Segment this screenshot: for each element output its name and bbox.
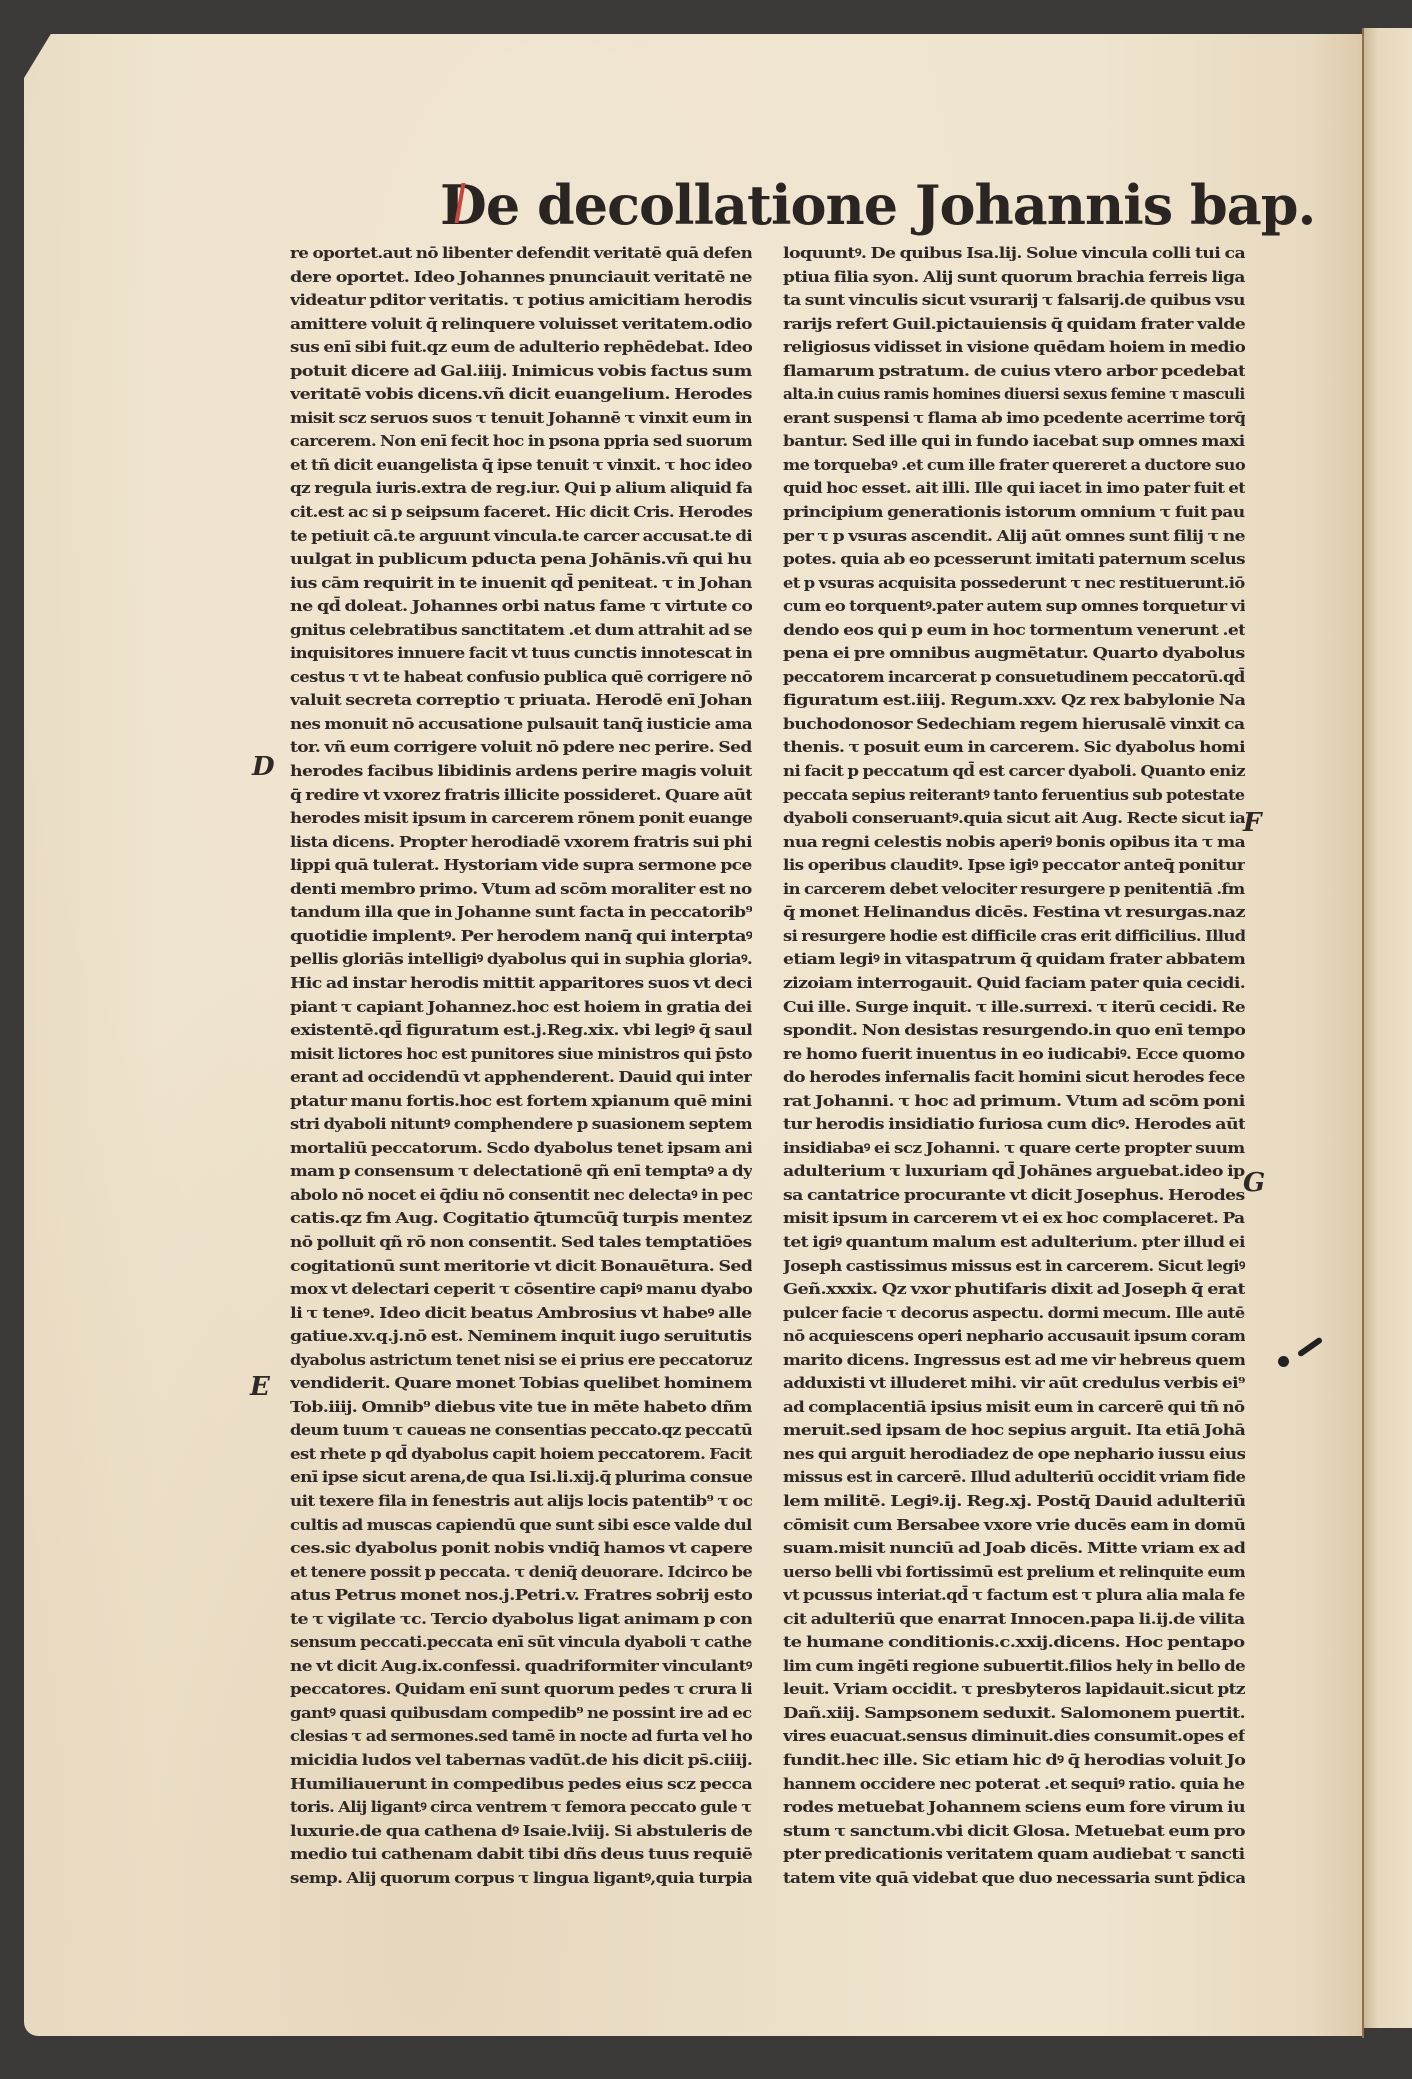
text-line: stri dyaboli nituntꝰ comphendere p suasi…	[290, 1113, 752, 1137]
text-line: uulgat in publicum pducta pena Johānis.v…	[290, 548, 752, 572]
text-line: et p vsuras acquisita possederunt τ nec …	[783, 572, 1245, 596]
text-line: clesias τ ad sermones.sed tamē in nocte …	[290, 1725, 752, 1749]
text-line: enī ipse sicut arena,de qua Isi.li.xij.q…	[290, 1466, 752, 1490]
book-page-recto-edge	[1364, 28, 1412, 2028]
text-line: ne qd̄ doleat. Johannes orbi natus fame …	[290, 595, 752, 619]
text-line: in carcerem debet velociter resurgere p …	[783, 878, 1245, 902]
text-line: ptiua filia syon. Alij sunt quorum brach…	[783, 266, 1245, 290]
marginal-section-letter-g: G	[1243, 1168, 1265, 1198]
marginal-section-letter-e: E	[250, 1372, 270, 1402]
text-line: li τ teneꝰ. Ideo dicit beatus Ambrosius …	[290, 1302, 752, 1326]
text-line: nua regni celestis nobis aperiꝰ bonis op…	[783, 831, 1245, 855]
text-line: toris. Alij ligantꝰ circa ventrem τ femo…	[290, 1796, 752, 1820]
text-line: Tob.iiij. Omnib⁹ diebus vite tue in mēte…	[290, 1396, 752, 1420]
text-line: adulterium τ luxuriam qd̄ Johānes argueb…	[783, 1160, 1245, 1184]
text-line: pellis gloriās intelligiꝰ dyabolus qui i…	[290, 948, 752, 972]
text-line: herodes misit ipsum in carcerem rōnem po…	[290, 807, 752, 831]
text-line: gantꝰ quasi quibusdam compedib⁹ ne possi…	[290, 1702, 752, 1726]
text-line: micidia ludos vel tabernas vadūt.de his …	[290, 1749, 752, 1773]
text-line: quotidie implentꝰ. Per herodem nanq̄ qui…	[290, 925, 752, 949]
text-line: sa cantatrice procurante vt dicit Joseph…	[783, 1184, 1245, 1208]
text-line: nes monuit nō accusatione pulsauit tanq̄…	[290, 713, 752, 737]
text-line: tandum illa que in Johanne sunt facta in…	[290, 901, 752, 925]
text-line: ius cām requirit in te inuenit qd̄ penit…	[290, 572, 752, 596]
text-line: Dañ.xiij. Sampsonem seduxit. Salomonem p…	[783, 1702, 1245, 1726]
text-line: uerso belli vbi fortissimū est prelium e…	[783, 1561, 1245, 1585]
text-line: potes. quia ab eo pcesserunt imitati pat…	[783, 548, 1245, 572]
text-line: nō polluit qñ rō non consentit. Sed tale…	[290, 1231, 752, 1255]
text-line: deum tuum τ caueas ne consentias peccato…	[290, 1419, 752, 1443]
text-line: pulcer facie τ decorus aspectu. dormi me…	[783, 1302, 1245, 1326]
text-line: pter predicationis veritatem quam audieb…	[783, 1843, 1245, 1867]
text-line: peccata sepius reiterantꝰ tanto feruenti…	[783, 784, 1245, 808]
text-line: Geñ.xxxix. Qz vxor phutifaris dixit ad J…	[783, 1278, 1245, 1302]
text-line: tur herodis insidiatio furiosa cum dicꝰ.…	[783, 1113, 1245, 1137]
text-line: religiosus vidisset in visione quēdam ho…	[783, 336, 1245, 360]
text-line: peccatorem incarcerat p consuetudinem pe…	[783, 666, 1245, 690]
text-line: meruit.sed ipsam de hoc sepius arguit. I…	[783, 1419, 1245, 1443]
text-line: cultis ad muscas capiendū que sunt sibi …	[290, 1514, 752, 1538]
text-line: Joseph castissimus missus est in carcere…	[783, 1255, 1245, 1279]
text-line: cestus τ vt te habeat confusio publica q…	[290, 666, 752, 690]
text-line: principium generationis istorum omnium τ…	[783, 501, 1245, 525]
text-line: lem militē. Legiꝰ.ij. Reg.xj. Postq̄ Dau…	[783, 1490, 1245, 1514]
text-line: dere oportet. Ideo Johannes pnunciauit v…	[290, 266, 752, 290]
text-line: medio tui cathenam dabit tibi dñs deus t…	[290, 1843, 752, 1867]
text-line: stum τ sanctum.vbi dicit Glosa. Metuebat…	[783, 1820, 1245, 1844]
text-line: peccatores. Quidam enī sunt quorum pedes…	[290, 1678, 752, 1702]
text-line: dendo eos qui p eum in hoc tormentum ven…	[783, 619, 1245, 643]
text-line: misit lictores hoc est punitores siue mi…	[290, 1043, 752, 1067]
text-line: atus Petrus monet nos.j.Petri.v. Fratres…	[290, 1584, 752, 1608]
text-column-left: re oportet.aut nō libenter defendit veri…	[290, 242, 752, 1890]
text-line: vt pcussus interiat.qd̄ τ factum est τ p…	[783, 1584, 1245, 1608]
text-line: ne vt dicit Aug.ix.confessi. quadriformi…	[290, 1655, 752, 1679]
text-line: re homo fuerit inuentus in eo iudicabiꝰ.…	[783, 1043, 1245, 1067]
text-line: vendiderit. Quare monet Tobias quelibet …	[290, 1372, 752, 1396]
text-line: ta sunt vinculis sicut vsurarij τ falsar…	[783, 289, 1245, 313]
text-line: me torquebaꝰ .et cum ille frater querere…	[783, 454, 1245, 478]
text-line: cum eo torquentꝰ.pater autem sup omnes t…	[783, 595, 1245, 619]
text-line: gnitus celebratibus sanctitatem .et dum …	[290, 619, 752, 643]
text-line: piant τ capiant Johannez.hoc est hoiem i…	[290, 996, 752, 1020]
text-line: Humiliauerunt in compedibus pedes eius s…	[290, 1773, 752, 1797]
text-line: tet igiꝰ quantum malum est adulterium. p…	[783, 1231, 1245, 1255]
text-line: bantur. Sed ille qui in fundo iacebat su…	[783, 430, 1245, 454]
text-line: et tñ dicit euangelista q̄ ipse tenuit τ…	[290, 454, 752, 478]
text-line: insidiabaꝰ ei scz Johanni. τ quare certe…	[783, 1137, 1245, 1161]
text-line: suam.misit nunciū ad Joab dicēs. Mitte v…	[783, 1537, 1245, 1561]
text-line: abolo nō nocet ei q̄diu nō consentit nec…	[290, 1184, 752, 1208]
text-line: per τ p vsuras ascendit. Alij aūt omnes …	[783, 525, 1245, 549]
text-line: ces.sic dyabolus ponit nobis vndiq̄ hamo…	[290, 1537, 752, 1561]
text-line: mox vt delectari ceperit τ cōsentire cap…	[290, 1278, 752, 1302]
text-line: tatem vite quā videbat que duo necessari…	[783, 1867, 1245, 1891]
text-line: dyaboli conseruantꝰ.quia sicut ait Aug. …	[783, 807, 1245, 831]
text-line: lim cum ingēti regione subuertit.filios …	[783, 1655, 1245, 1679]
text-line: herodes facibus libidinis ardens perire …	[290, 760, 752, 784]
text-line: sus enī sibi fuit.qz eum de adulterio re…	[290, 336, 752, 360]
text-line: videatur pditor veritatis. τ potius amic…	[290, 289, 752, 313]
text-line: pena ei pre omnibus augmētatur. Quarto d…	[783, 642, 1245, 666]
text-line: gatiue.xv.q.j.nō est. Neminem inquit iug…	[290, 1325, 752, 1349]
text-line: do herodes infernalis facit homini sicut…	[783, 1066, 1245, 1090]
text-line: leuit. Vriam occidit. τ presbyteros lapi…	[783, 1678, 1245, 1702]
heading-text: e decollatione Johannis bap.	[486, 173, 1315, 237]
text-line: figuratum est.iiij. Regum.xxv. Qz rex ba…	[783, 689, 1245, 713]
text-line: cōmisit cum Bersabee vxore vrie ducēs ea…	[783, 1514, 1245, 1538]
text-line: existentē.qd̄ figuratum est.j.Reg.xix. v…	[290, 1019, 752, 1043]
text-line: fundit.hec ille. Sic etiam hic dꝰ q̄ her…	[783, 1749, 1245, 1773]
text-line: spondit. Non desistas resurgendo.in quo …	[783, 1019, 1245, 1043]
text-line: re oportet.aut nō libenter defendit veri…	[290, 242, 752, 266]
text-line: catis.qz fm Aug. Cogitatio q̄tumcūq̄ tur…	[290, 1207, 752, 1231]
text-line: te humane conditionis.c.xxij.dicens. Hoc…	[783, 1631, 1245, 1655]
text-line: inquisitores innuere facit vt tuus cunct…	[290, 642, 752, 666]
text-line: rarijs refert Guil.pictauiensis q̄ quida…	[783, 313, 1245, 337]
text-line: est rhete p qd̄ dyabolus capit hoiem pec…	[290, 1443, 752, 1467]
text-line: rat Johanni. τ hoc ad primum. Vtum ad sc…	[783, 1090, 1245, 1114]
text-line: q̄ monet Helinandus dicēs. Festina vt re…	[783, 901, 1245, 925]
text-line: nes qui arguit herodiadez de ope nephari…	[783, 1443, 1245, 1467]
text-line: etiam legiꝰ in vitaspatrum q̄ quidam fra…	[783, 948, 1245, 972]
text-line: erant ad occidendū vt apphenderent. Daui…	[290, 1066, 752, 1090]
text-line: cit adulteriū que enarrat Innocen.papa l…	[783, 1608, 1245, 1632]
text-line: ptatur manu fortis.hoc est fortem xpianu…	[290, 1090, 752, 1114]
text-line: adduxisti vt illuderet mihi. vir aūt cre…	[783, 1372, 1245, 1396]
text-line: cogitationū sunt meritorie vt dicit Bona…	[290, 1255, 752, 1279]
text-line: te τ vigilate τc. Tercio dyabolus ligat …	[290, 1608, 752, 1632]
text-line: te petiuit cā.te arguunt vincula.te carc…	[290, 525, 752, 549]
text-line: misit ipsum in carcerem vt ei ex hoc com…	[783, 1207, 1245, 1231]
text-line: denti membro primo. Vtum ad scōm moralit…	[290, 878, 752, 902]
text-line: buchodonosor Sedechiam regem hierusalē v…	[783, 713, 1245, 737]
text-line: marito dicens. Ingressus est ad me vir h…	[783, 1349, 1245, 1373]
text-line: qz regula iuris.extra de reg.iur. Qui p …	[290, 477, 752, 501]
text-line: zizoiam interrogauit. Quid faciam pater …	[783, 972, 1245, 996]
text-line: rodes metuebat Johannem sciens eum fore …	[783, 1796, 1245, 1820]
text-line: veritatē vobis dicens.vñ dicit euangeliu…	[290, 383, 752, 407]
text-line: dyabolus astrictum tenet nisi se ei priu…	[290, 1349, 752, 1373]
text-line: et tenere possit p peccata. τ deniq̄ deu…	[290, 1561, 752, 1585]
ink-mark	[1278, 1330, 1318, 1370]
text-line: erant suspensi τ flama ab imo pcedente a…	[783, 407, 1245, 431]
ink-dot	[1278, 1356, 1289, 1367]
text-line: q̄ redire vt vxorez fratris illicite pos…	[290, 784, 752, 808]
text-line: Hic ad instar herodis mittit apparitores…	[290, 972, 752, 996]
text-line: loquuntꝰ. De quibus Isa.lij. Solue vincu…	[783, 242, 1245, 266]
text-line: carcerem. Non enī fecit hoc in psona ppr…	[290, 430, 752, 454]
marginal-section-letter-d: D	[252, 752, 275, 782]
text-line: missus est in carcerē. Illud adulteriū o…	[783, 1466, 1245, 1490]
text-line: quid hoc esset. ait illi. Ille qui iacet…	[783, 477, 1245, 501]
text-line: luxurie.de qua cathena dꝰ Isaie.lviij. S…	[290, 1820, 752, 1844]
text-line: lippi quā tulerat. Hystoriam vide supra …	[290, 854, 752, 878]
text-line: semp. Alij quorum corpus τ lingua ligant…	[290, 1867, 752, 1891]
text-line: nō acquiescens operi nephario accusauit …	[783, 1325, 1245, 1349]
text-line: lista dicens. Propter herodiadē vxorem f…	[290, 831, 752, 855]
text-line: hannem occidere nec poterat .et sequiꝰ r…	[783, 1773, 1245, 1797]
text-line: tor. vñ eum corrigere voluit nō pdere ne…	[290, 736, 752, 760]
text-line: si resurgere hodie est difficile cras er…	[783, 925, 1245, 949]
text-line: amittere voluit q̄ relinquere voluisset …	[290, 313, 752, 337]
marginal-section-letter-f: F	[1243, 808, 1261, 838]
text-line: potuit dicere ad Gal.iiij. Inimicus vobi…	[290, 360, 752, 384]
page-heading: De decollatione Johannis bap.	[440, 170, 1090, 240]
text-line: Cui ille. Surge inquit. τ ille.surrexi. …	[783, 996, 1245, 1020]
text-line: flamarum pstratum. de cuius vtero arbor …	[783, 360, 1245, 384]
text-line: thenis. τ posuit eum in carcerem. Sic dy…	[783, 736, 1245, 760]
text-line: mortaliū peccatorum. Scdo dyabolus tenet…	[290, 1137, 752, 1161]
text-line: cit.est ac si p seipsum faceret. Hic dic…	[290, 501, 752, 525]
text-line: mam p consensum τ delectationē qñ enī te…	[290, 1160, 752, 1184]
text-line: uit texere fila in fenestris aut alijs l…	[290, 1490, 752, 1514]
text-line: alta.in cuius ramis homines diuersi sexu…	[783, 383, 1245, 407]
text-line: ni facit p peccatum qd̄ est carcer dyabo…	[783, 760, 1245, 784]
text-line: ad complacentiā ipsius misit eum in carc…	[783, 1396, 1245, 1420]
text-line: valuit secreta correptio τ priuata. Hero…	[290, 689, 752, 713]
text-column-right: loquuntꝰ. De quibus Isa.lij. Solue vincu…	[783, 242, 1245, 1890]
heading-initial: D	[440, 173, 486, 237]
text-line: sensum peccati.peccata enī sūt vincula d…	[290, 1631, 752, 1655]
text-line: lis operibus clauditꝰ. Ipse igiꝰ peccato…	[783, 854, 1245, 878]
text-line: misit scz seruos suos τ tenuit Johannē τ…	[290, 407, 752, 431]
text-line: vires euacuat.sensus diminuit.dies consu…	[783, 1725, 1245, 1749]
